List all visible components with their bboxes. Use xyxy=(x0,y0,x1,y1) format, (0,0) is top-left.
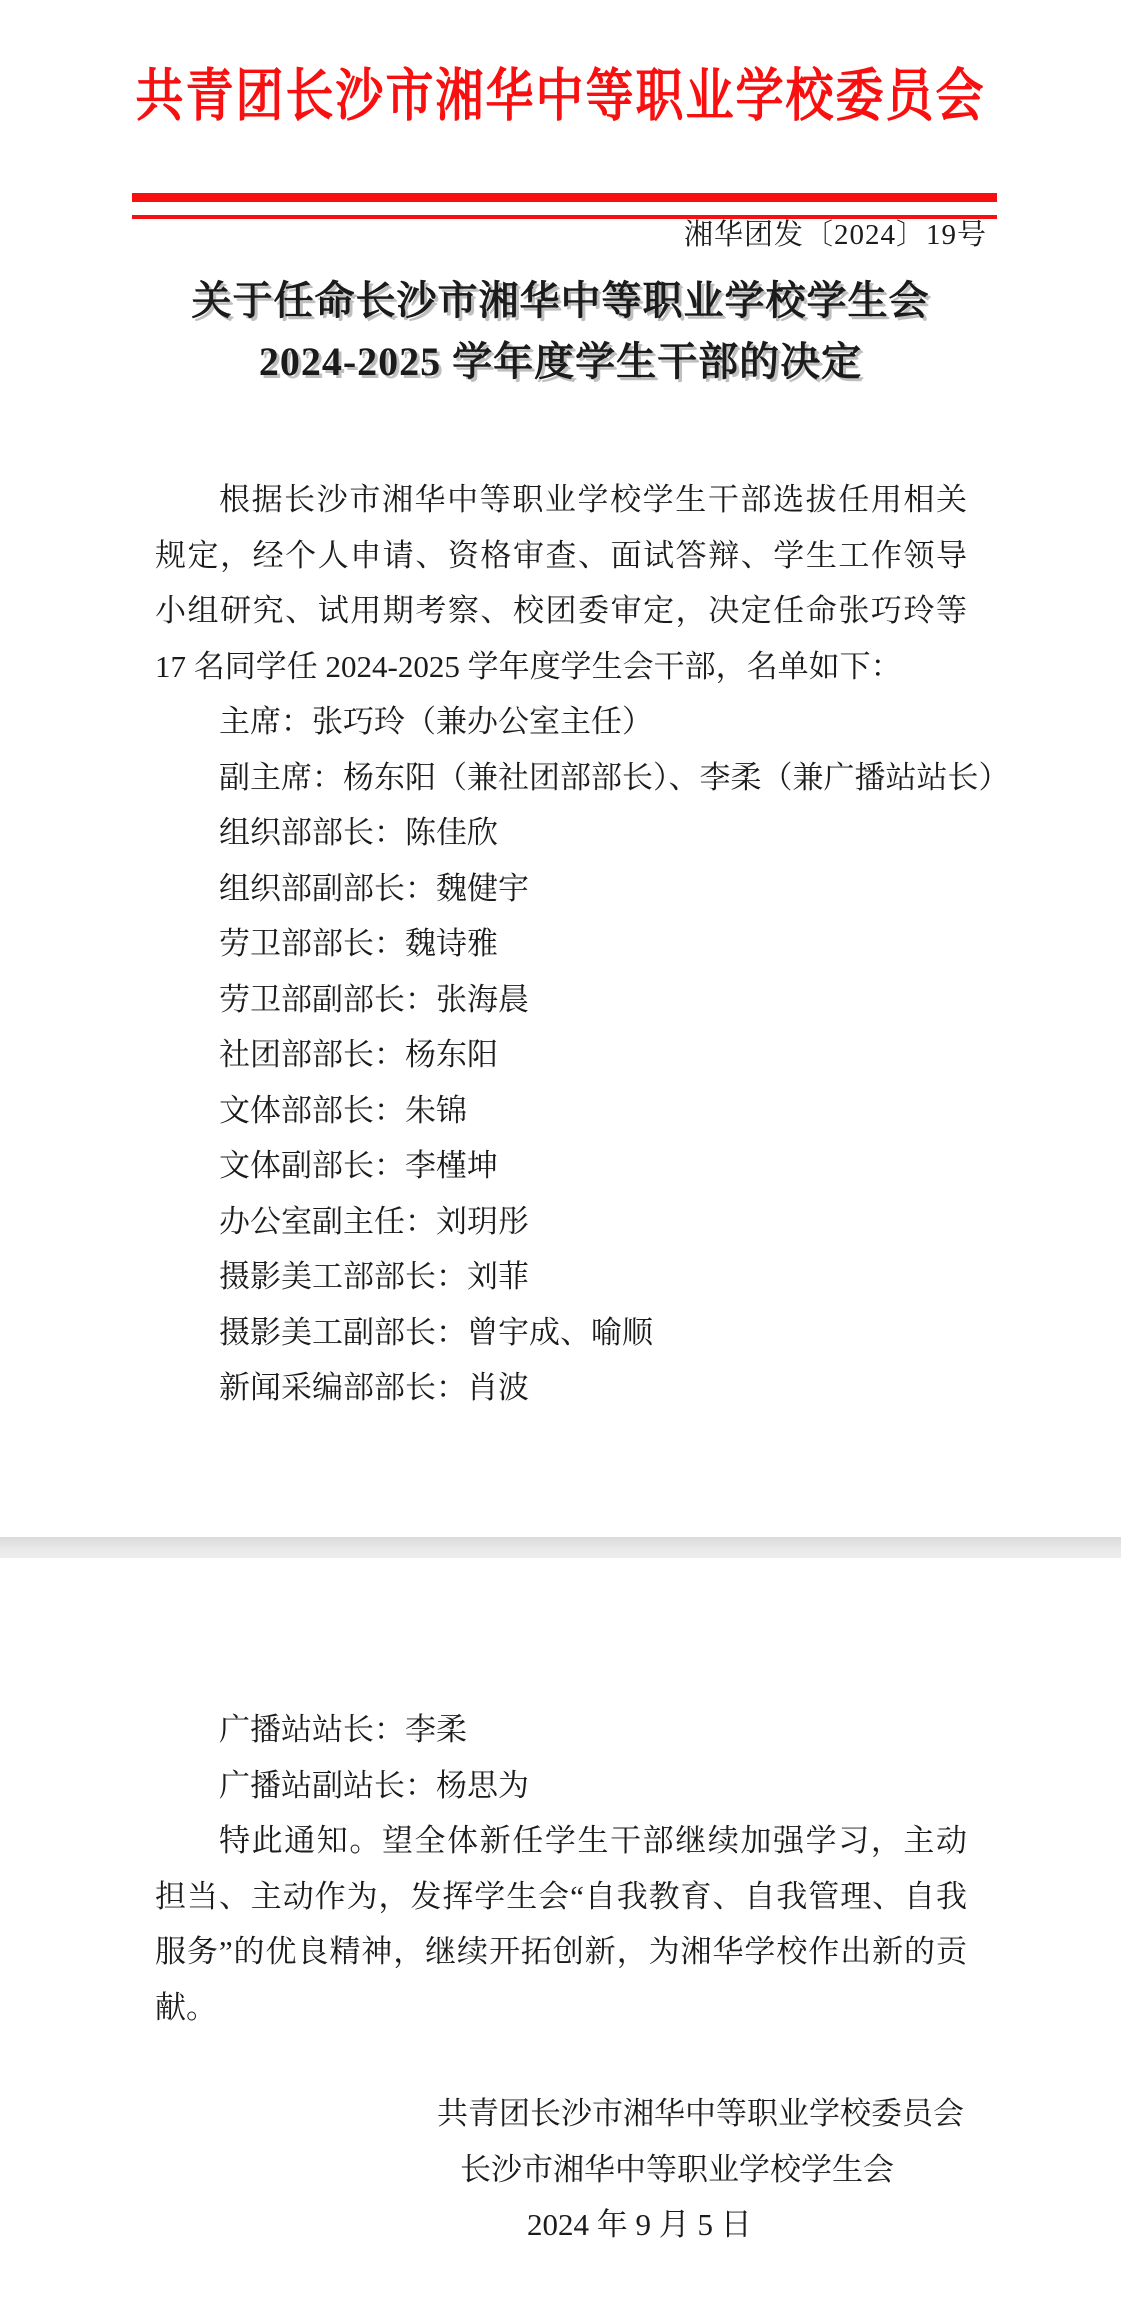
paragraph-line: 根据长沙市湘华中等职业学校学生干部选拔任用相关 xyxy=(155,472,967,528)
body-page2: 广播站站长：李柔 广播站副站长：杨思为 特此通知。望全体新任学生干部继续加强学习… xyxy=(155,1702,967,2035)
appointment-line: 文体副部长：李槿坤 xyxy=(155,1138,967,1194)
document-title-line2: 2024-2025 学年度学生干部的决定 xyxy=(0,331,1121,392)
document-title-line1: 关于任命长沙市湘华中等职业学校学生会 xyxy=(0,270,1121,331)
appointment-line: 摄影美工副部长：曾宇成、喻顺 xyxy=(155,1305,967,1361)
appointment-line: 社团部部长：杨东阳 xyxy=(155,1027,967,1083)
page-break-gap xyxy=(0,1537,1121,1558)
paragraph-line: 担当、主动作为，发挥学生会“自我教育、自我管理、自我 xyxy=(155,1869,967,1925)
appointment-line: 广播站站长：李柔 xyxy=(155,1702,967,1758)
appointment-line: 摄影美工部部长：刘菲 xyxy=(155,1249,967,1305)
appointment-line: 广播站副站长：杨思为 xyxy=(155,1758,967,1814)
body-page1: 根据长沙市湘华中等职业学校学生干部选拔任用相关 规定，经个人申请、资格审查、面试… xyxy=(155,472,967,1416)
appointment-line: 文体部部长：朱锦 xyxy=(155,1083,967,1139)
document-title: 关于任命长沙市湘华中等职业学校学生会 2024-2025 学年度学生干部的决定 xyxy=(0,270,1121,392)
appointment-line: 组织部部长：陈佳欣 xyxy=(155,805,967,861)
paragraph-line: 规定，经个人申请、资格审查、面试答辩、学生工作领导 xyxy=(155,528,967,584)
paragraph-line: 献。 xyxy=(155,1980,967,2036)
signature-date: 2024 年 9 月 5 日 xyxy=(0,2197,1121,2253)
signature-block: 共青团长沙市湘华中等职业学校委员会 长沙市湘华中等职业学校学生会 2024 年 … xyxy=(0,2086,1121,2253)
signature-org-committee: 共青团长沙市湘华中等职业学校委员会 xyxy=(0,2086,1121,2142)
paragraph-line: 特此通知。望全体新任学生干部继续加强学习，主动 xyxy=(155,1813,967,1869)
appointment-line: 新闻采编部部长：肖波 xyxy=(155,1360,967,1416)
red-rule-thick xyxy=(132,193,997,202)
appointment-line: 劳卫部副部长：张海晨 xyxy=(155,972,967,1028)
doc-number: 湘华团发〔2024〕19号 xyxy=(684,212,987,253)
letterhead-title: 共青团长沙市湘华中等职业学校委员会 xyxy=(0,50,1121,131)
paragraph-line: 17 名同学任 2024-2025 学年度学生会干部，名单如下： xyxy=(155,639,967,695)
appointment-line: 副主席：杨东阳（兼社团部部长）、李柔（兼广播站站长） xyxy=(155,750,967,806)
appointment-line: 劳卫部部长：魏诗雅 xyxy=(155,916,967,972)
appointment-line: 组织部副部长：魏健宇 xyxy=(155,861,967,917)
official-document-page: 共青团长沙市湘华中等职业学校委员会 湘华团发〔2024〕19号 关于任命长沙市湘… xyxy=(0,0,1121,2310)
paragraph-line: 服务”的优良精神，继续开拓创新，为湘华学校作出新的贡 xyxy=(155,1924,967,1980)
appointment-line: 主席：张巧玲（兼办公室主任） xyxy=(155,694,967,750)
paragraph-line: 小组研究、试用期考察、校团委审定，决定任命张巧玲等 xyxy=(155,583,967,639)
appointment-line: 办公室副主任：刘玥彤 xyxy=(155,1194,967,1250)
signature-org-student-union: 长沙市湘华中等职业学校学生会 xyxy=(0,2142,1121,2198)
